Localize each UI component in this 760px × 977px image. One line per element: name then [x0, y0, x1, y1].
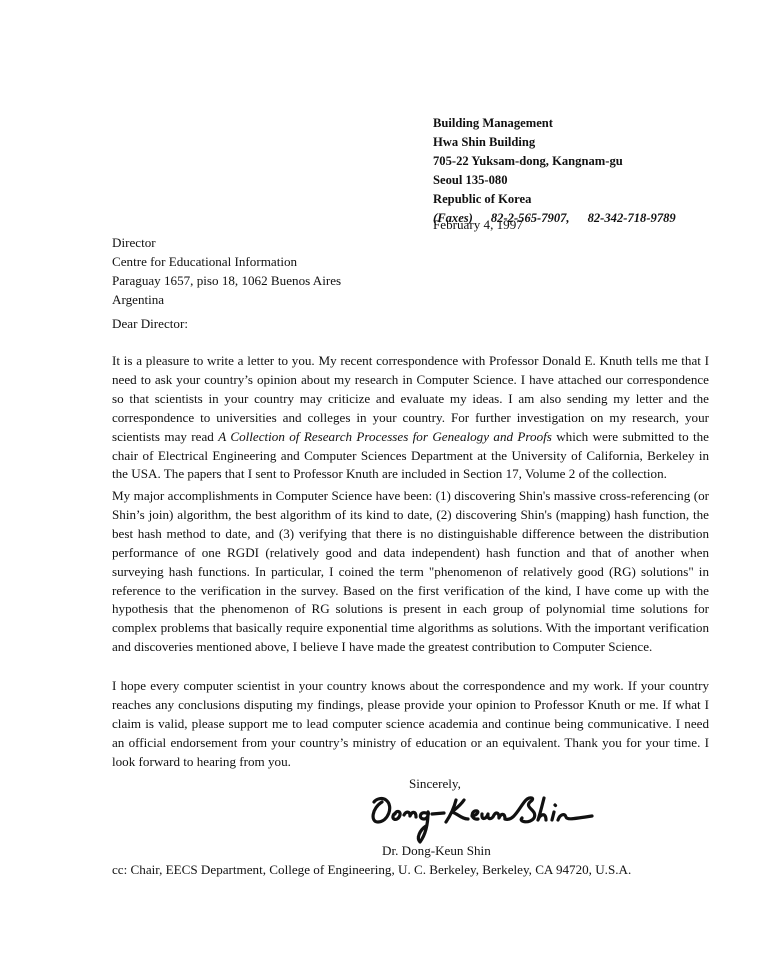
sender-line: Building Management [433, 114, 694, 133]
body-paragraph-1: It is a pleasure to write a letter to yo… [112, 352, 709, 484]
publication-title: A Collection of Research Processes for G… [218, 429, 552, 444]
sender-line: Hwa Shin Building [433, 133, 694, 152]
body-paragraph-3: I hope every computer scientist in your … [112, 677, 709, 772]
handwritten-signature-icon [368, 786, 598, 846]
recipient-line: Paraguay 1657, piso 18, 1062 Buenos Aire… [112, 272, 341, 291]
sender-line: 705-22 Yuksam-dong, Kangnam-gu [433, 152, 694, 171]
sender-line: Seoul 135-080 [433, 171, 694, 190]
body-paragraph-2: My major accomplishments in Computer Sci… [112, 487, 709, 657]
salutation: Dear Director: [112, 315, 188, 334]
cc-line: cc: Chair, EECS Department, College of E… [112, 861, 631, 880]
recipient-address-block: Director Centre for Educational Informat… [112, 234, 341, 310]
recipient-line: Argentina [112, 291, 341, 310]
sender-address-block: Building Management Hwa Shin Building 70… [433, 114, 694, 227]
sender-line: Republic of Korea [433, 190, 694, 209]
letter-date: February 4, 1997 [433, 216, 523, 235]
fax-number: 82-342-718-9789 [588, 211, 676, 225]
recipient-line: Centre for Educational Information [112, 253, 341, 272]
recipient-line: Director [112, 234, 341, 253]
signer-name: Dr. Dong-Keun Shin [382, 842, 491, 861]
